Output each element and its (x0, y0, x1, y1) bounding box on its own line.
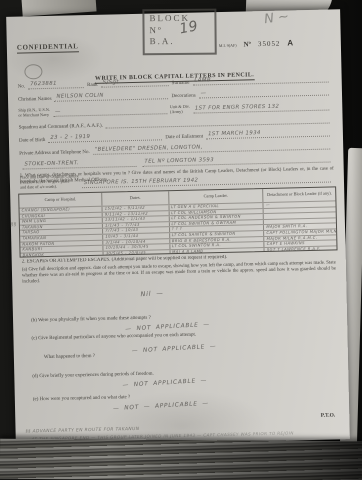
question-2d-text: (d) Give briefly your experiences during… (32, 372, 154, 380)
mi9-form-label: M.I. 9(AF) (219, 43, 237, 48)
block-number-stamp: BLOCK Nº B.A. 19 (142, 9, 216, 56)
enlistment-label: Date of Enlistment (165, 134, 203, 140)
form-sheet: CONFIDENTIAL BLOCK Nº B.A. 19 M.I. 9(AF)… (6, 9, 350, 446)
photographed-document: CONFIDENTIAL BLOCK Nº B.A. 19 M.I. 9(AF)… (0, 0, 362, 480)
rank-field: S/Sgt (101, 78, 169, 88)
answer-2d: — NOT APPLICABLE — (122, 378, 207, 389)
no-label: No. (18, 84, 25, 89)
squadron-label: Squadron and Command (R.A.F., A.A.F.). (19, 124, 103, 131)
number-sign: Nº (243, 40, 251, 48)
decorations-value: — (201, 90, 207, 96)
row-ship-unit: Ship (R.N., U.S.N.or Merchant Navy — Uni… (18, 100, 332, 117)
question-2a-text: (a) Give full description and approx. da… (22, 260, 336, 286)
date-of-birth-field: 23 - 2 - 1919 (48, 132, 162, 143)
answer-2e: — NOT — APPLICABLE — (113, 401, 209, 413)
surname-label: Surname (172, 81, 190, 86)
handwritten-block-number: 19 (179, 18, 200, 37)
answer-2a: Nil — (140, 289, 163, 298)
row-address: Private Address and Telephone No. "BELVE… (19, 142, 333, 157)
question-2c-text: (c) Give Regimental particulars of anyon… (31, 333, 196, 342)
rank-value: S/Sgt (103, 79, 119, 85)
camp-cell: BANGKOK (21, 251, 103, 257)
block-leader-cell: SGT T LAWRENCE R.A.F. (264, 246, 337, 252)
christian-names-value: NEILSON COLIN (56, 93, 103, 100)
address-label: Private Address and Telephone No. (19, 150, 90, 157)
address-field-line2: STOKE-ON-TRENT. (22, 159, 136, 170)
stamp-ba: B.A. (150, 36, 210, 48)
address-value-line2: STOKE-ON-TRENT. (24, 160, 79, 167)
decorations-field: — (199, 88, 330, 99)
date-of-birth-label: Date of Birth (19, 138, 45, 144)
question-2e-text: (e) How were you recaptured and on what … (33, 395, 130, 402)
service-number-field: 7623881 (28, 80, 84, 89)
unit-div-label: Unit & Div.(Army) (170, 104, 190, 115)
ship-value: — (55, 109, 61, 115)
row-number-rank-surname: No. 7623881 Rank S/Sgt Surname LAMB (18, 74, 332, 89)
christian-names-label: Christian Names (18, 97, 52, 103)
question-2b-text: (b) Were you physically fit when you mad… (31, 316, 151, 324)
squadron-field (106, 116, 330, 129)
telephone-value: TEL Nº LONGTON 3593 (144, 157, 214, 165)
camps-table: Camp or Hospital. Dates. Camp Leader. De… (18, 186, 337, 257)
reference-number-row: M.I. 9(AF) Nº 35052 A (219, 38, 294, 49)
answer-2c: — NOT APPLICABLE — (132, 344, 217, 355)
page-stack-edges (0, 439, 362, 480)
telephone-field: TEL Nº LONGTON 3593 (142, 155, 330, 167)
enlistment-field: 1ST MARCH 1934 (206, 129, 330, 140)
unit-div-field: 1ST FOR ENGR STORES 132 (193, 103, 330, 114)
row-dob-enlistment: Date of Birth 23 - 2 - 1919 Date of Enli… (19, 129, 333, 144)
confidential-marking: CONFIDENTIAL (17, 42, 79, 53)
header-camp-leader: Camp Leader. (168, 189, 263, 204)
ship-label: Ship (R.N., U.S.N.or Merchant Navy (18, 107, 50, 118)
surname-field: LAMB (192, 75, 328, 86)
row-squadron: Squadron and Command (R.A.F., A.A.F.). (19, 116, 333, 131)
christian-names-field: NEILSON COLIN (54, 91, 168, 102)
ship-field: — (53, 106, 167, 117)
header-block-leader: Detachment or Block Leader (if any). (262, 187, 335, 202)
series-letter: A (287, 38, 293, 47)
pencil-scribble: N ~ (263, 9, 289, 27)
margin-annotation: §§ (11, 222, 17, 228)
dates-cell: 30/5/45 – 20/8/45 (103, 250, 169, 256)
unit-div-value: 1ST FOR ENGR STORES 132 (195, 104, 280, 112)
header-dates: Dates. (101, 191, 168, 206)
header-camp-or-hospital: Camp or Hospital. (19, 193, 101, 208)
address-value-line1: "BELVEDERE" DRESDEN, LONGTON, (95, 144, 203, 152)
rank-label: Rank (87, 83, 98, 88)
decorations-label: Decorations (171, 94, 195, 100)
date-of-birth-value: 23 - 2 - 1919 (50, 134, 90, 141)
service-number-value: 7623881 (30, 81, 57, 88)
please-turn-over-label: P.T.O. (321, 412, 336, 418)
answer-2b: — NOT APPLICABLE — (125, 322, 210, 333)
registration-number: 35052 (258, 40, 281, 49)
address-field-line1: "BELVEDERE" DRESDEN, LONGTON, (93, 142, 331, 155)
question-2c-sub-text: What happened to them ? (44, 354, 95, 360)
enlistment-value: 1ST MARCH 1934 (208, 130, 261, 137)
row-christian-decorations: Christian Names NEILSON COLIN Decoration… (18, 87, 332, 102)
surname-value: LAMB (194, 77, 211, 83)
